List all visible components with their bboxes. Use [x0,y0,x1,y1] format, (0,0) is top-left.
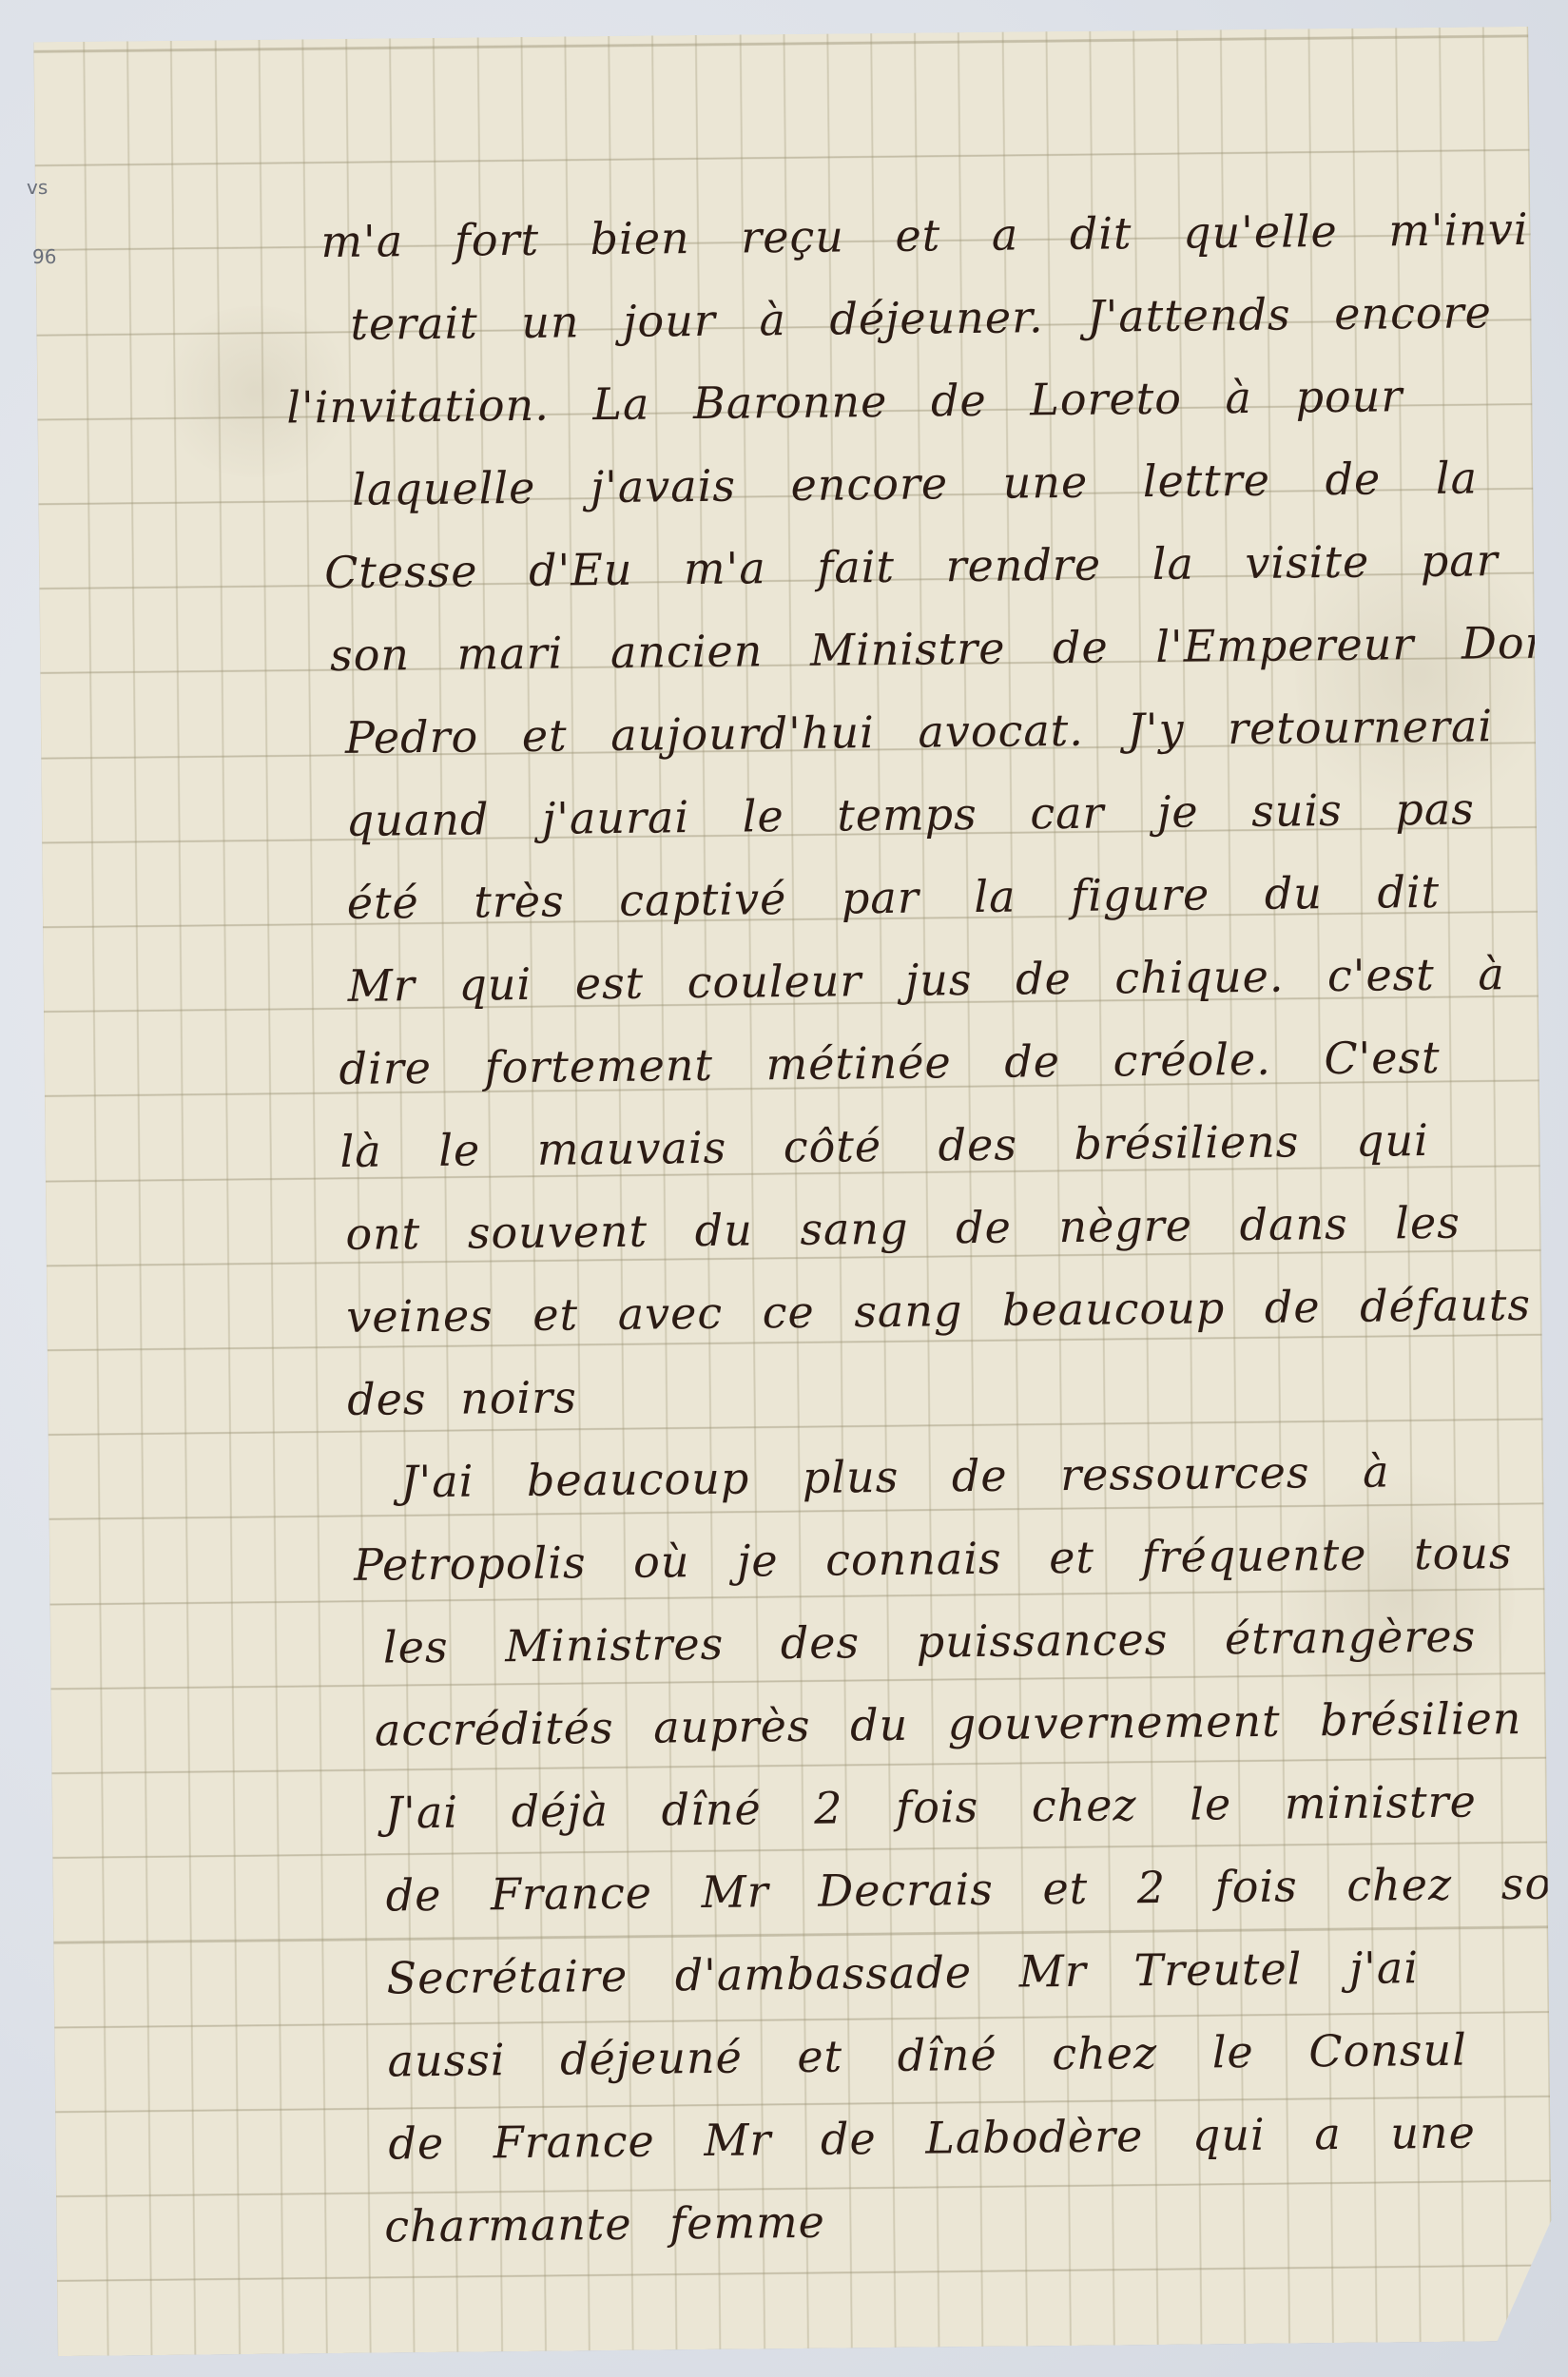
letter-line: charmante femme [56,2189,1568,2251]
letter-line: dire fortement métinée de créole. C'est [44,1032,1568,1094]
letter-line: veines et avec ce sang beaucoup de défau… [47,1279,1568,1342]
letter-line: accrédités auprès du gouvernement brésil… [51,1692,1568,1755]
letter-line: de France Mr Decrais et 2 fois chez son [53,1858,1568,1921]
letter-line: J'ai déjà dîné 2 fois chez le ministre [52,1775,1568,1838]
letter-line: m'a fort bien reçu et a dit qu'elle m'in… [35,204,1568,267]
letter-line: été très captivé par la figure du dit [43,865,1568,928]
letter-line: terait un jour à déjeuner. J'attends enc… [36,286,1568,349]
letter-line: ont souvent du sang de nègre dans les [46,1196,1568,1259]
margin-pencil-mark: vs [27,176,48,199]
margin-pencil-mark: 96 [32,245,56,268]
letter-line: des noirs [48,1362,1568,1424]
letter-line: Secrétaire d'ambassade Mr Treutel j'ai [53,1941,1568,2003]
letter-page: m'a fort bien reçu et a dit qu'elle m'in… [33,27,1552,2356]
letter-line: Mr qui est couleur jus de chique. c'est … [43,948,1568,1011]
letter-line: aussi déjeuné et dîné chez le Consul [54,2023,1568,2086]
letter-line: de France Mr de Labodère qui a une [55,2106,1568,2169]
letter-line: là le mauvais côté des brésiliens qui [45,1114,1568,1177]
letter-line: quand j'aurai le temps car je suis pas [42,783,1568,845]
